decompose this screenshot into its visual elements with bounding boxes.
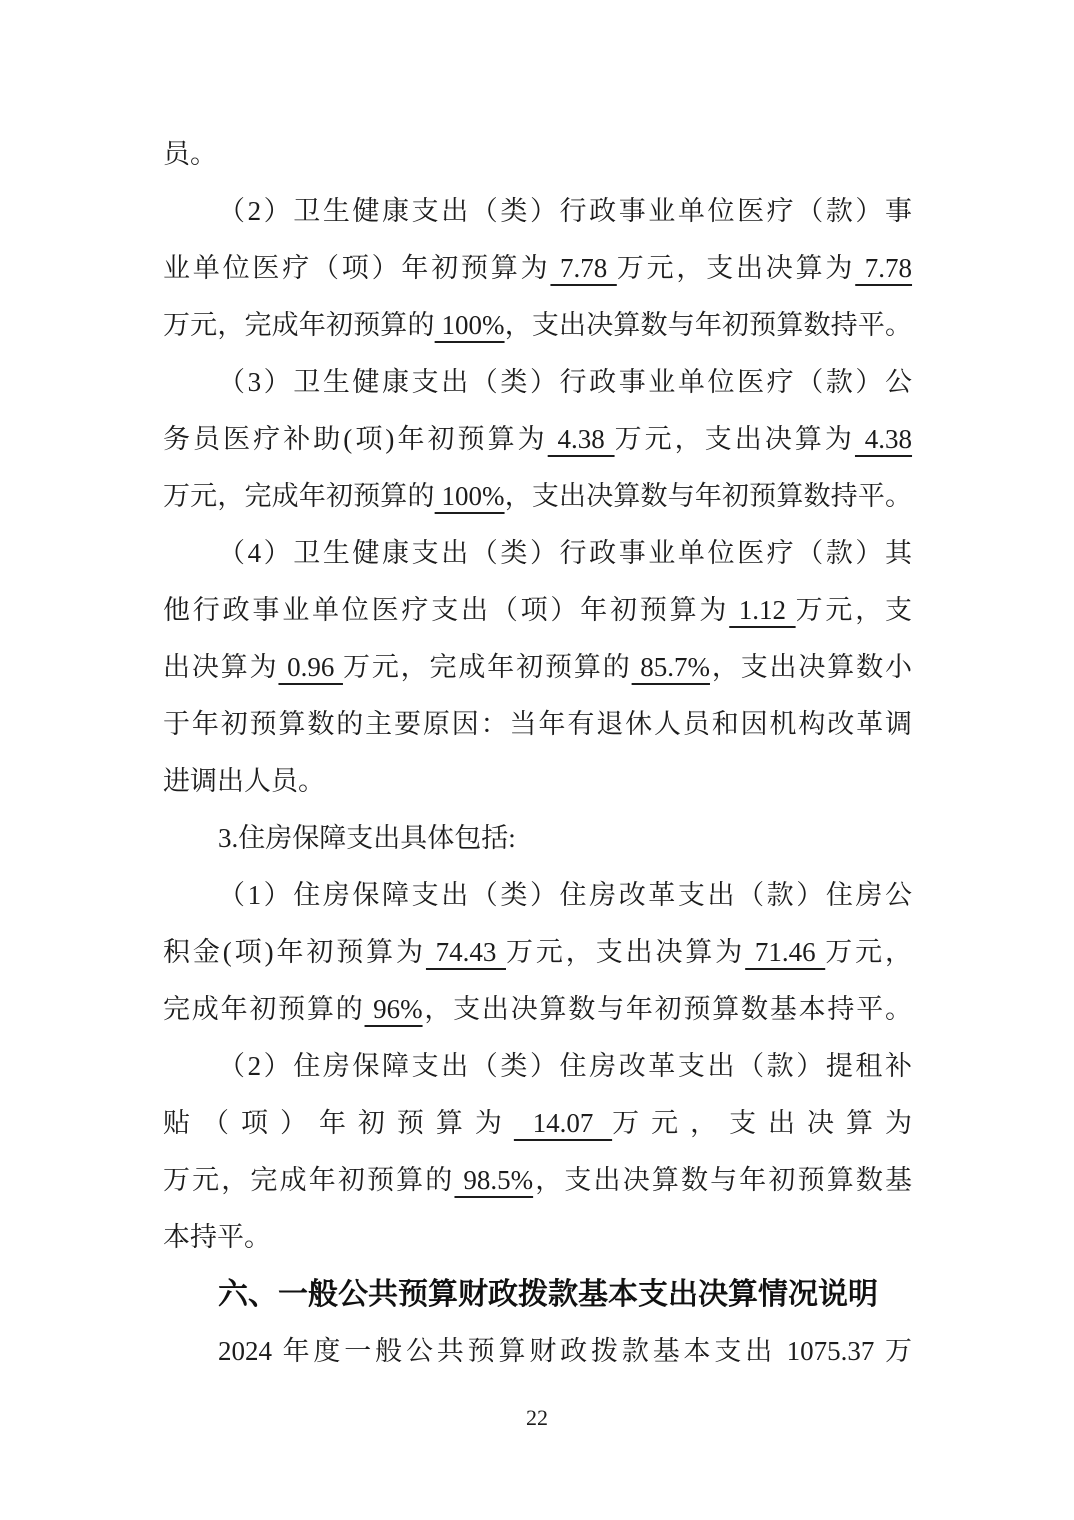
text-segment: 万元， [825,937,912,967]
text-segment: ，支出决算数小 [710,652,912,682]
underlined-value: 4.38 [855,424,912,454]
item-2-health-line-3: 万元，完成年初预算的 100%，支出决算数与年初预算数持平。 [163,297,912,354]
text-segment: 3.住房保障支出具体包括: [218,823,516,853]
item-3-health-line-1: （3）卫生健康支出（类）行政事业单位医疗（款）公 [163,354,912,411]
item-1-housing-line-3: 完成年初预算的 96%，支出决算数与年初预算数基本持平。 [163,981,912,1038]
text-segment: （2）卫生健康支出（类）行政事业单位医疗（款）事 [218,196,912,226]
para-continuation-yuan: 员。 [163,126,912,183]
underlined-value: 100% [435,481,505,511]
text-segment: 务员医疗补助(项)年初预算为 [163,424,548,454]
text-segment: 出决算为 [163,652,278,682]
underlined-value: 14.07 [514,1108,612,1138]
item-4-health-line-3: 出决算为 0.96 万元，完成年初预算的 85.7%，支出决算数小 [163,639,912,696]
underlined-value: 98.5% [454,1165,533,1195]
text-segment: ，支出决算数与年初预算数持平。 [505,310,912,340]
text-segment: （1）住房保障支出（类）住房改革支出（款）住房公 [218,880,912,910]
item-3-health-line-3: 万元，完成年初预算的 100%，支出决算数与年初预算数持平。 [163,468,912,525]
item-1-housing-line-2: 积金(项)年初预算为 74.43 万元，支出决算为 71.46 万元， [163,924,912,981]
text-segment: ，支出决算数与年初预算数基本持平。 [423,994,912,1024]
text-segment: （2）住房保障支出（类）住房改革支出（款）提租补 [218,1051,912,1081]
item-4-health-line-2: 他行政事业单位医疗支出（项）年初预算为 1.12 万元，支 [163,582,912,639]
text-segment: 万元，支出决算为 [612,1108,912,1138]
text-segment: 完成年初预算的 [163,994,365,1024]
underlined-value: 74.43 [426,937,506,967]
text-segment: ，支出决算数与年初预算数基 [533,1165,912,1195]
text-segment: 积金(项)年初预算为 [163,937,426,967]
item-4-health-line-4: 于年初预算数的主要原因：当年有退休人员和因机构改革调 [163,696,912,753]
document-body: 员。（2）卫生健康支出（类）行政事业单位医疗（款）事业单位医疗（项）年初预算为 … [163,126,912,1380]
item-4-health-line-5: 进调出人员。 [163,753,912,810]
item-2-housing-line-3: 万元，完成年初预算的 98.5%，支出决算数与年初预算数基 [163,1152,912,1209]
underlined-value: 7.78 [550,253,616,283]
text-segment: 万元，支 [796,595,912,625]
item-2-health-line-2: 业单位医疗（项）年初预算为 7.78 万元，支出决算为 7.78 [163,240,912,297]
text-segment: （3）卫生健康支出（类）行政事业单位医疗（款）公 [218,367,912,397]
item-2-housing-line-2: 贴（项）年初预算为 14.07 万元，支出决算为 [163,1095,912,1152]
text-segment: ，支出决算数与年初预算数持平。 [505,481,912,511]
document-page: 员。（2）卫生健康支出（类）行政事业单位医疗（款）事业单位医疗（项）年初预算为 … [0,0,1074,1520]
text-segment: 万元，完成年初预算的 [343,652,632,682]
text-segment: 进调出人员。 [163,766,325,796]
text-segment: 万元，完成年初预算的 [163,481,435,511]
underlined-value: 4.38 [548,424,615,454]
text-segment: 万元，支出决算为 [615,424,855,454]
item-3-health-line-2: 务员医疗补助(项)年初预算为 4.38 万元，支出决算为 4.38 [163,411,912,468]
text-segment: 万元，完成年初预算的 [163,310,435,340]
text-segment: 万元，支出决算为 [506,937,745,967]
underlined-value: 71.46 [745,937,825,967]
item-1-housing-line-1: （1）住房保障支出（类）住房改革支出（款）住房公 [163,867,912,924]
underlined-value: 96% [365,994,423,1024]
section-6-heading: 六、一般公共预算财政拨款基本支出决算情况说明 [163,1266,912,1323]
item-4-health-line-1: （4）卫生健康支出（类）行政事业单位医疗（款）其 [163,525,912,582]
page-number: 22 [0,1405,1074,1431]
item-2-housing-line-1: （2）住房保障支出（类）住房改革支出（款）提租补 [163,1038,912,1095]
text-segment: 万元，完成年初预算的 [163,1165,454,1195]
text-segment: 于年初预算数的主要原因：当年有退休人员和因机构改革调 [163,709,912,739]
text-segment: 业单位医疗（项）年初预算为 [163,253,550,283]
underlined-value: 85.7% [632,652,710,682]
underlined-value: 0.96 [278,652,342,682]
text-segment: （4）卫生健康支出（类）行政事业单位医疗（款）其 [218,538,912,568]
text-segment: 他行政事业单位医疗支出（项）年初预算为 [163,595,729,625]
section-6-para-line-1: 2024 年度一般公共预算财政拨款基本支出 1075.37 万 [163,1323,912,1380]
text-segment: 万元，支出决算为 [617,253,855,283]
text-segment: 贴（项）年初预算为 [163,1108,514,1138]
underlined-value: 7.78 [855,253,912,283]
item-2-housing-line-4: 本持平。 [163,1209,912,1266]
text-segment: 本持平。 [163,1222,271,1252]
underlined-value: 1.12 [729,595,795,625]
text-segment: 2024 年度一般公共预算财政拨款基本支出 1075.37 万 [218,1336,912,1366]
housing-section-intro: 3.住房保障支出具体包括: [163,810,912,867]
text-segment: 六、一般公共预算财政拨款基本支出决算情况说明 [218,1278,878,1311]
underlined-value: 100% [435,310,505,340]
text-segment: 员。 [163,139,217,169]
item-2-health-line-1: （2）卫生健康支出（类）行政事业单位医疗（款）事 [163,183,912,240]
